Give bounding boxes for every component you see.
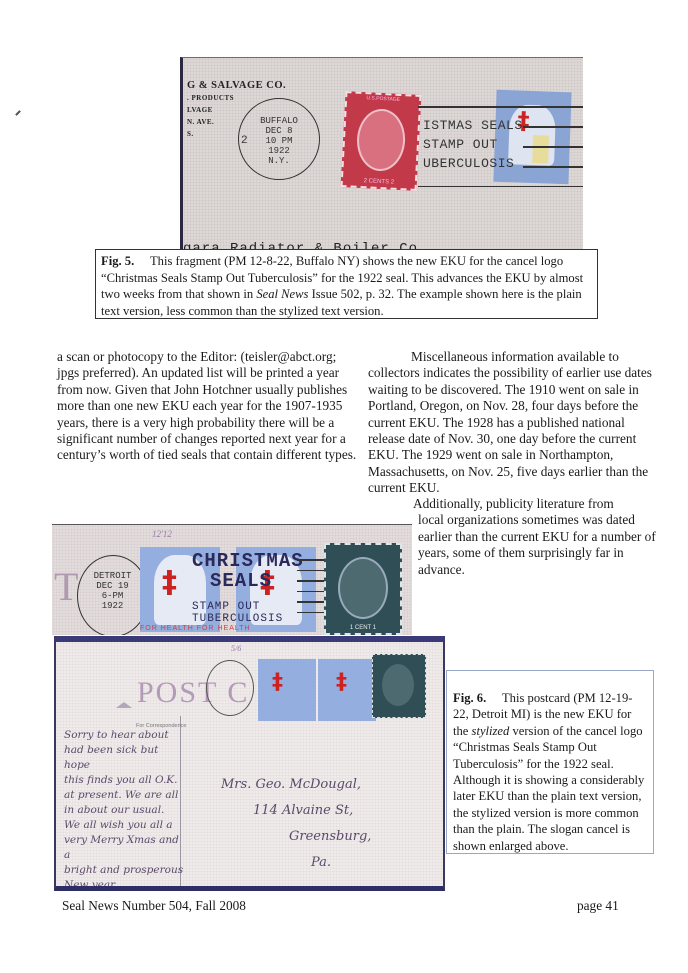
postmark-state: N.Y.	[251, 156, 307, 166]
slogan-line: TUBERCULOSIS	[192, 613, 304, 625]
stamp-top-label: U.S.POSTAGE	[347, 94, 419, 104]
caption-italic: Seal News	[256, 287, 308, 301]
address-line: Mrs. Geo. McDougal,	[221, 772, 371, 798]
pencil-note: 5/6	[231, 644, 241, 653]
message-line: had been sick but hope	[64, 743, 184, 773]
slogan-line: SEALS	[192, 571, 304, 591]
message-line: at present. We are all	[64, 788, 184, 803]
body-right-column: Miscellaneous information available to c…	[368, 349, 658, 497]
caption-label: Fig. 6.	[453, 691, 486, 705]
figure-6-enlarged-cancel: 12'12 T DETROIT DEC 19 6-PM 1922 ‡ ‡ CHR…	[52, 524, 412, 635]
scan-speck	[15, 110, 21, 116]
caption-text: version of the cancel logo “Christmas Se…	[453, 724, 644, 853]
divider-ornament	[116, 702, 132, 708]
slogan-line: ISTMAS SEALS	[423, 116, 523, 135]
postmark-city: BUFFALO	[251, 116, 307, 126]
green-1-cent-stamp: 1 CENT 1	[324, 543, 402, 635]
christmas-seal: ‡	[318, 659, 376, 721]
red-2-cent-stamp: U.S.POSTAGE 2 CENTS 2	[341, 91, 422, 191]
address-line: Greensburg,	[221, 824, 371, 850]
page-number: page 41	[577, 898, 619, 914]
double-barred-cross-icon: ‡	[272, 671, 283, 695]
postmark-year: 1922	[251, 146, 307, 156]
slogan-line: UBERCULOSIS	[423, 154, 523, 173]
paragraph-first-line: Additionally, publicity literature from	[413, 496, 659, 512]
address-line: Pa.	[221, 850, 371, 876]
slogan-line: STAMP OUT	[192, 601, 304, 613]
handwritten-address: Mrs. Geo. McDougal, 114 Alvaine St, Gree…	[221, 772, 371, 876]
postmark-time: 10 PM	[251, 136, 307, 146]
body-additional-paragraph: Additionally, publicity literature from …	[414, 496, 659, 578]
post-card-letter: T	[54, 563, 78, 610]
seal-figure-graphic	[532, 135, 549, 164]
stylized-slogan-cancel: CHRISTMAS SEALS STAMP OUT TUBERCULOSIS	[192, 551, 304, 625]
franklin-portrait	[338, 557, 388, 619]
slogan-cancel-text: ISTMAS SEALS STAMP OUT UBERCULOSIS	[423, 116, 523, 173]
cancel-line	[523, 166, 583, 168]
footer-publication: Seal News Number 504, Fall 2008	[62, 898, 246, 914]
figure-5-photo: G & SALVAGE CO. . PRODUCTS LVAGE N. AVE.…	[180, 57, 583, 250]
body-left-column: a scan or photocopy to the Editor: (teis…	[57, 349, 357, 464]
postmark-text: BUFFALO DEC 8 10 PM 1922 N.Y.	[251, 116, 307, 166]
stamp-bottom-label: 2 CENTS 2	[343, 177, 415, 187]
message-line: New year.	[64, 878, 184, 891]
figure-6-caption: Fig. 6. This postcard (PM 12-19-22, Detr…	[446, 670, 654, 854]
postmark-city: DETROIT	[90, 571, 135, 581]
detroit-postmark	[206, 660, 254, 716]
slogan-line: CHRISTMAS	[192, 551, 304, 571]
message-line: in about our usual.	[64, 803, 184, 818]
postmark-year: 1922	[90, 601, 135, 611]
stamp-bottom-label: 1 CENT 1	[326, 625, 400, 631]
postmark-time: 6-PM	[90, 591, 135, 601]
washington-portrait	[355, 108, 406, 172]
cancel-line	[523, 126, 583, 128]
postmark-number: 2	[241, 136, 248, 146]
paragraph-text: local organizations sometimes was dated …	[414, 512, 659, 578]
christmas-seal: ‡	[258, 659, 316, 721]
figure-6-postcard: 5/6 POST C For Correspondence Sorry to h…	[54, 636, 445, 891]
message-line: this finds you all O.K.	[64, 773, 184, 788]
paragraph-text: Miscellaneous information available to c…	[368, 349, 652, 495]
message-line: We all wish you all a	[64, 818, 184, 833]
double-barred-cross-icon: ‡	[336, 671, 347, 695]
green-1-cent-stamp	[372, 654, 426, 718]
message-line: Sorry to hear about	[64, 728, 184, 743]
postmark-text: DETROIT DEC 19 6-PM 1922	[90, 571, 135, 611]
postmark-date: DEC 19	[90, 581, 135, 591]
message-line: very Merry Xmas and a	[64, 833, 184, 863]
handwritten-message: Sorry to hear about had been sick but ho…	[64, 728, 184, 891]
franklin-portrait	[382, 664, 414, 706]
caption-italic: stylized	[472, 724, 510, 738]
cancel-line	[523, 146, 583, 148]
address-line: 114 Alvaine St,	[221, 798, 371, 824]
figure-5-caption: Fig. 5. This fragment (PM 12-8-22, Buffa…	[95, 249, 598, 319]
postmark-date: DEC 8	[251, 126, 307, 136]
cancel-line	[418, 186, 583, 187]
pencil-note: 12'12	[152, 529, 172, 539]
double-barred-cross-icon: ‡	[162, 571, 177, 595]
letterhead-line: G & SALVAGE CO.	[187, 80, 286, 92]
seal-footer-text: FOR HEALTH FOR HEALTH	[140, 625, 251, 632]
caption-label: Fig. 5.	[101, 254, 134, 268]
message-line: bright and prosperous	[64, 863, 184, 878]
slogan-line: STAMP OUT	[423, 135, 523, 154]
cancel-line	[418, 106, 583, 108]
